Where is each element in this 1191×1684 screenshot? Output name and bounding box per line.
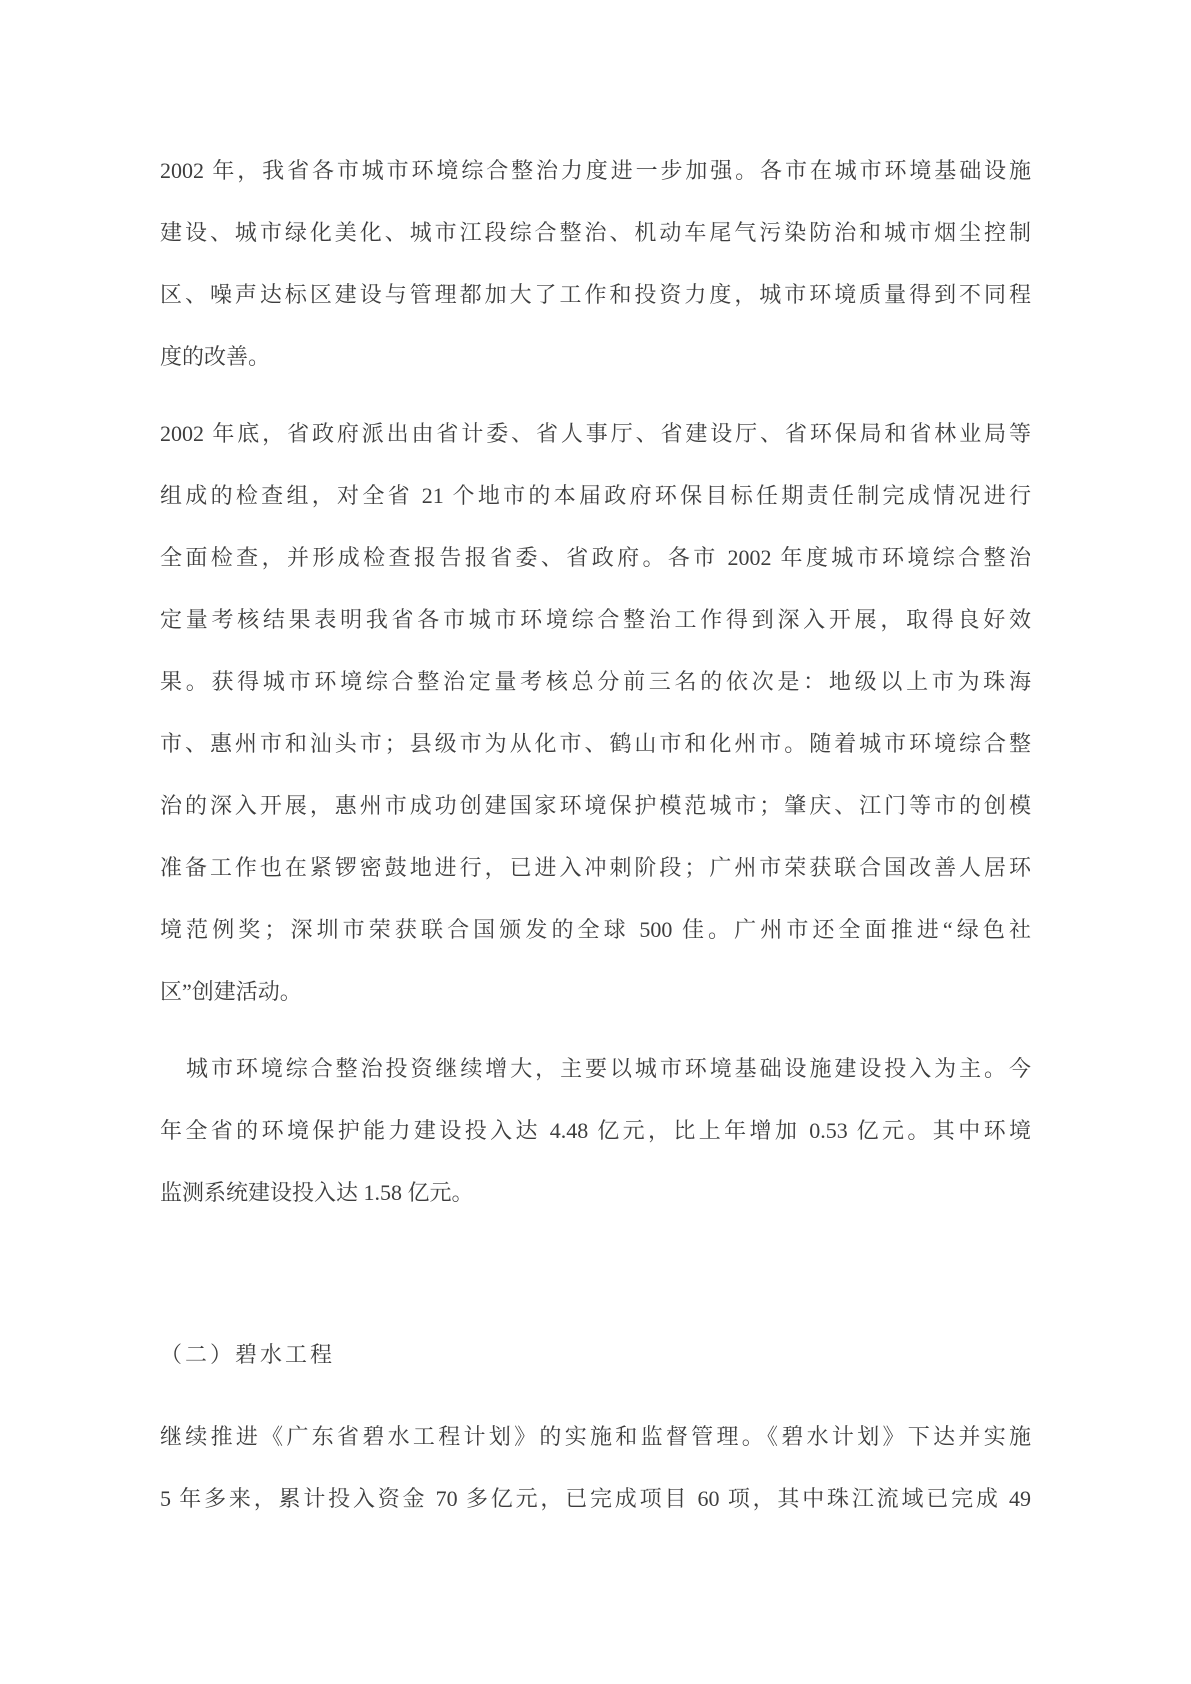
document-page: 2002 年，我省各市城市环境综合整治力度进一步加强。各市在城市环境基础设施建设… (0, 0, 1191, 1684)
text-line: 年全省的环境保护能力建设投入达 4.48 亿元，比上年增加 0.53 亿元。其中… (160, 1100, 1031, 1162)
paragraph: 2002 年底，省政府派出由省计委、省人事厅、省建设厅、省环保局和省林业局等组成… (160, 403, 1031, 1023)
section-heading: （二）碧水工程 (160, 1324, 1031, 1386)
text-line: 2002 年，我省各市城市环境综合整治力度进一步加强。各市在城市环境基础设施 (160, 140, 1031, 202)
paragraph: 城市环境综合整治投资继续增大，主要以城市环境基础设施建设投入为主。今年全省的环境… (160, 1038, 1031, 1224)
text-line: 境范例奖；深圳市荣获联合国颁发的全球 500 佳。广州市还全面推进“绿色社 (160, 899, 1031, 961)
text-line: 果。获得城市环境综合整治定量考核总分前三名的依次是：地级以上市为珠海 (160, 651, 1031, 713)
text-line: 组成的检查组，对全省 21 个地市的本届政府环保目标任期责任制完成情况进行 (160, 465, 1031, 527)
text-line: 治的深入开展，惠州市成功创建国家环境保护模范城市；肇庆、江门等市的创模 (160, 775, 1031, 837)
text-line: 5 年多来，累计投入资金 70 多亿元，已完成项目 60 项，其中珠江流域已完成… (160, 1468, 1031, 1530)
document-body: 2002 年，我省各市城市环境综合整治力度进一步加强。各市在城市环境基础设施建设… (0, 0, 1191, 1530)
heading-text: （二）碧水工程 (160, 1324, 1031, 1386)
text-line: 度的改善。 (160, 326, 1031, 388)
text-line: 全面检查，并形成检查报告报省委、省政府。各市 2002 年度城市环境综合整治 (160, 527, 1031, 589)
text-line: 2002 年底，省政府派出由省计委、省人事厅、省建设厅、省环保局和省林业局等 (160, 403, 1031, 465)
text-line: 继续推进《广东省碧水工程计划》的实施和监督管理。《碧水计划》下达并实施 (160, 1406, 1031, 1468)
text-line: 区”创建活动。 (160, 961, 1031, 1023)
text-line: 城市环境综合整治投资继续增大，主要以城市环境基础设施建设投入为主。今 (160, 1038, 1031, 1100)
text-line: 准备工作也在紧锣密鼓地进行，已进入冲刺阶段；广州市荣获联合国改善人居环 (160, 837, 1031, 899)
paragraph: 继续推进《广东省碧水工程计划》的实施和监督管理。《碧水计划》下达并实施5 年多来… (160, 1406, 1031, 1530)
text-line: 定量考核结果表明我省各市城市环境综合整治工作得到深入开展，取得良好效 (160, 589, 1031, 651)
text-line: 监测系统建设投入达 1.58 亿元。 (160, 1162, 1031, 1224)
text-line: 市、惠州市和汕头市；县级市为从化市、鹤山市和化州市。随着城市环境综合整 (160, 713, 1031, 775)
text-line: 区、噪声达标区建设与管理都加大了工作和投资力度，城市环境质量得到不同程 (160, 264, 1031, 326)
paragraph: 2002 年，我省各市城市环境综合整治力度进一步加强。各市在城市环境基础设施建设… (160, 140, 1031, 388)
text-line: 建设、城市绿化美化、城市江段综合整治、机动车尾气污染防治和城市烟尘控制 (160, 202, 1031, 264)
